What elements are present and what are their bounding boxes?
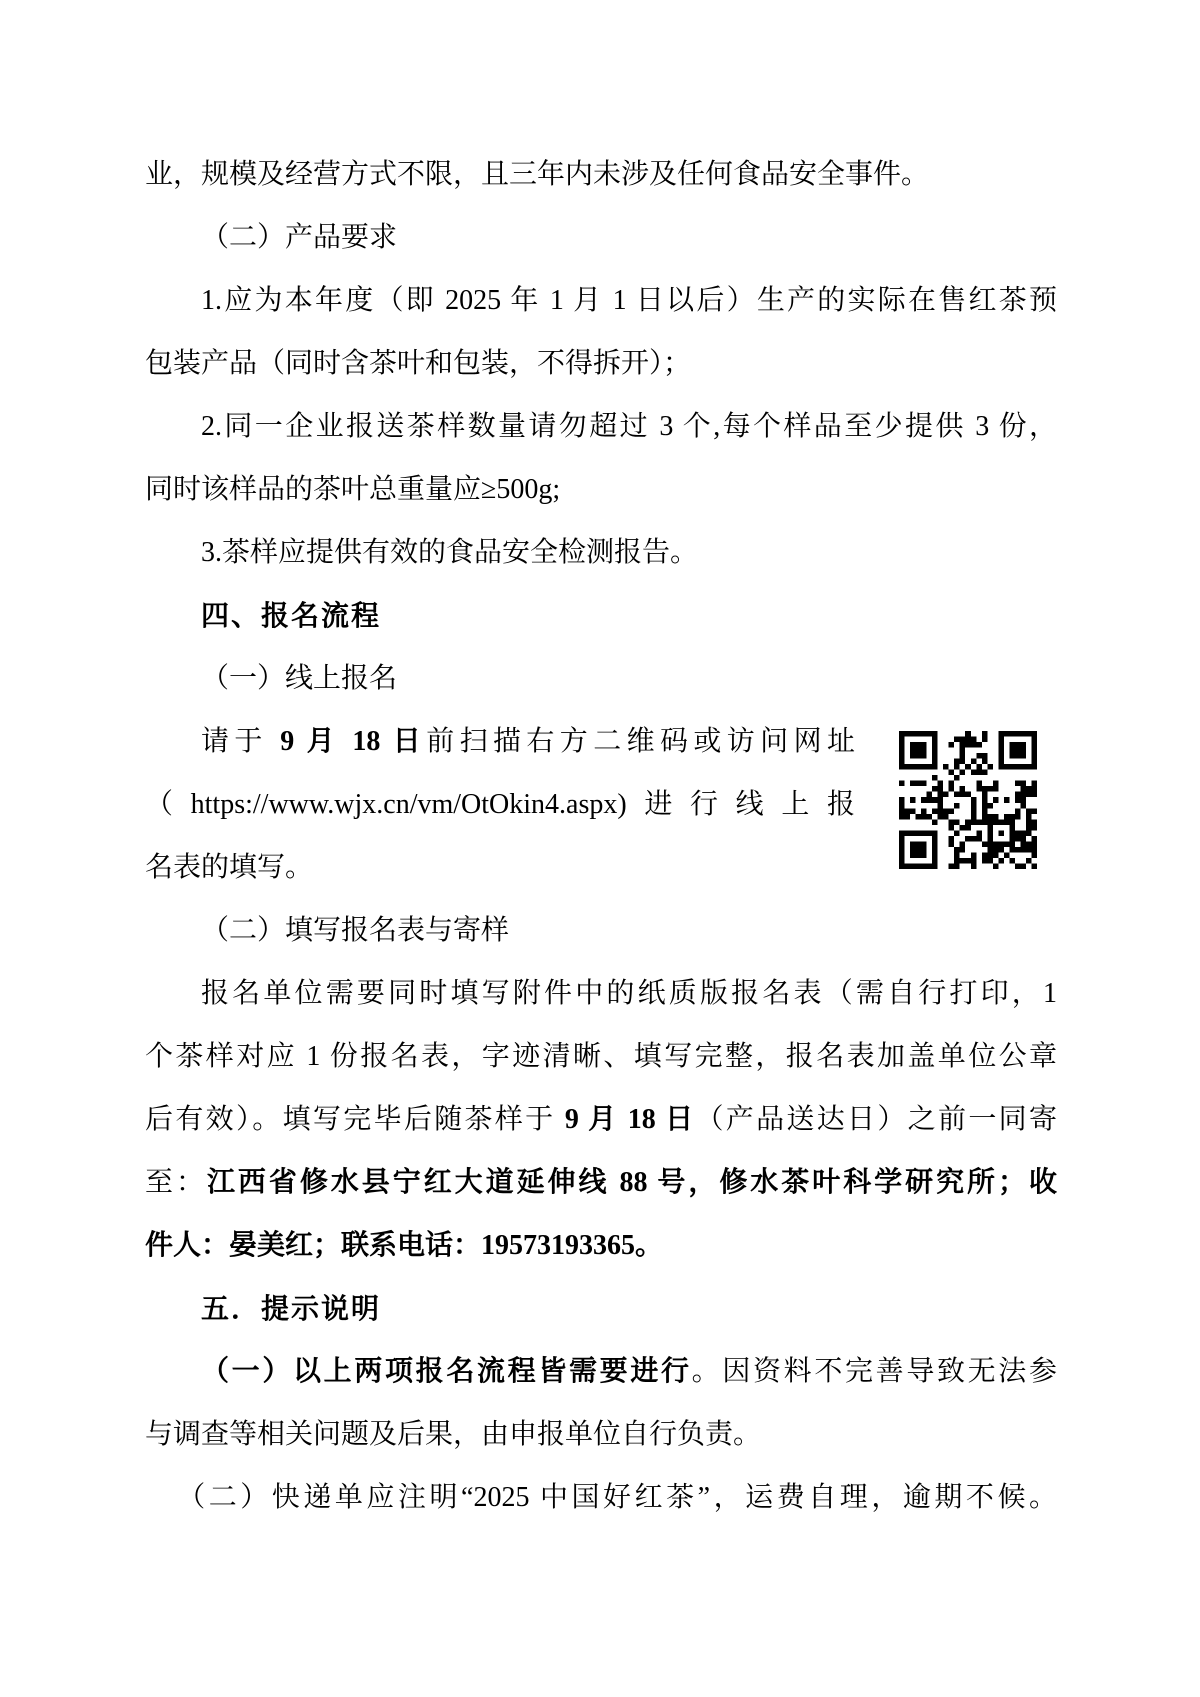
registration-url: （https://www.wjx.cn/vm/OtOkin4.aspx)进行线上… bbox=[145, 789, 855, 820]
line-subsection-online-registration: （一）线上报名 bbox=[145, 647, 1057, 710]
text-run: 名表的填写。 bbox=[145, 852, 313, 883]
line-recipient-contact: 件人：晏美红；联系电话：19573193365。 bbox=[145, 1214, 1057, 1277]
line-subsection-product-requirements: （二）产品要求 bbox=[145, 206, 1057, 269]
deadline-date: 9 月 18 日 bbox=[565, 1104, 696, 1135]
text-run: （二）快递单应注明“2025 中国好红茶”，运费自理，逾期不候。 bbox=[177, 1482, 1057, 1513]
line-form-sample-2: 个茶样对应 1 份报名表，字迹清晰、填写完整，报名表加盖单位公章 bbox=[145, 1025, 1057, 1088]
text-run: 请于 bbox=[201, 726, 280, 757]
line-form-sample-3: 后有效）。填写完毕后随茶样于 9 月 18 日（产品送达日）之前一同寄 bbox=[145, 1088, 1057, 1151]
section-heading-text: 四、报名流程 bbox=[201, 600, 381, 631]
line-product-req-2a: 2.同一企业报送茶样数量请勿超过 3 个,每个样品至少提供 3 份， bbox=[145, 395, 1057, 458]
line-mailing-address: 至：江西省修水县宁红大道延伸线 88 号，修水茶叶科学研究所；收 bbox=[145, 1151, 1057, 1214]
text-run: （一）线上报名 bbox=[201, 663, 397, 694]
heading-section-5-notes: 五．提示说明 bbox=[145, 1277, 1057, 1340]
mailing-address-bold: 江西省修水县宁红大道延伸线 88 号，修水茶叶科学研究所；收 bbox=[207, 1167, 1057, 1198]
text-run: 2.同一企业报送茶样数量请勿超过 3 个,每个样品至少提供 3 份， bbox=[201, 411, 1057, 442]
qr-code bbox=[899, 731, 1037, 869]
text-run: 后有效）。填写完毕后随茶样于 bbox=[145, 1104, 565, 1135]
line-form-sample-1: 报名单位需要同时填写附件中的纸质版报名表（需自行打印，1 bbox=[145, 962, 1057, 1025]
text-run: 报名单位需要同时填写附件中的纸质版报名表（需自行打印，1 bbox=[201, 978, 1057, 1009]
text-run: 。因资料不完善导致无法参 bbox=[692, 1356, 1057, 1387]
text-run: 包装产品（同时含茶叶和包装，不得拆开）； bbox=[145, 348, 691, 379]
line-product-req-1a: 1.应为本年度（即 2025 年 1 月 1 日以后）生产的实际在售红茶预 bbox=[145, 269, 1057, 332]
line-eligibility-continued: 业，规模及经营方式不限，且三年内未涉及任何食品安全事件。 bbox=[145, 143, 1057, 206]
note-emphasis: （一）以上两项报名流程皆需要进行 bbox=[201, 1356, 692, 1387]
text-run: （二）填写报名表与寄样 bbox=[201, 915, 509, 946]
text-run: （产品送达日）之前一同寄 bbox=[695, 1104, 1057, 1135]
line-note-1b: 与调查等相关问题及后果，由申报单位自行负责。 bbox=[145, 1403, 1057, 1466]
text-run: 个茶样对应 1 份报名表，字迹清晰、填写完整，报名表加盖单位公章 bbox=[145, 1041, 1057, 1072]
line-note-2: （二）快递单应注明“2025 中国好红茶”，运费自理，逾期不候。 bbox=[145, 1466, 1057, 1529]
deadline-date: 9 月 18 日 bbox=[280, 726, 426, 757]
text-run: 至： bbox=[145, 1167, 207, 1198]
text-run: 同时该样品的茶叶总重量应≥500g; bbox=[145, 474, 560, 505]
text-run: 3.茶样应提供有效的食品安全检测报告。 bbox=[201, 537, 698, 568]
document-page: 业，规模及经营方式不限，且三年内未涉及任何食品安全事件。 （二）产品要求 1.应… bbox=[0, 0, 1200, 1697]
text-run: 前扫描右方二维码或访问网址 bbox=[426, 726, 855, 757]
text-run: 与调查等相关问题及后果，由申报单位自行负责。 bbox=[145, 1419, 761, 1450]
text-run: 1.应为本年度（即 2025 年 1 月 1 日以后）生产的实际在售红茶预 bbox=[201, 285, 1057, 316]
recipient-contact-bold: 件人：晏美红；联系电话：19573193365。 bbox=[145, 1230, 663, 1261]
text-run: （二）产品要求 bbox=[201, 222, 397, 253]
section-heading-text: 五．提示说明 bbox=[201, 1293, 381, 1324]
text-run: 业，规模及经营方式不限，且三年内未涉及任何食品安全事件。 bbox=[145, 159, 929, 190]
heading-section-4-registration-process: 四、报名流程 bbox=[145, 584, 1057, 647]
line-product-req-2b: 同时该样品的茶叶总重量应≥500g; bbox=[145, 458, 1057, 521]
line-product-req-1b: 包装产品（同时含茶叶和包装，不得拆开）； bbox=[145, 332, 1057, 395]
line-subsection-form-and-sample: （二）填写报名表与寄样 bbox=[145, 899, 1057, 962]
line-product-req-3: 3.茶样应提供有效的食品安全检测报告。 bbox=[145, 521, 1057, 584]
line-note-1a: （一）以上两项报名流程皆需要进行。因资料不完善导致无法参 bbox=[145, 1340, 1057, 1403]
